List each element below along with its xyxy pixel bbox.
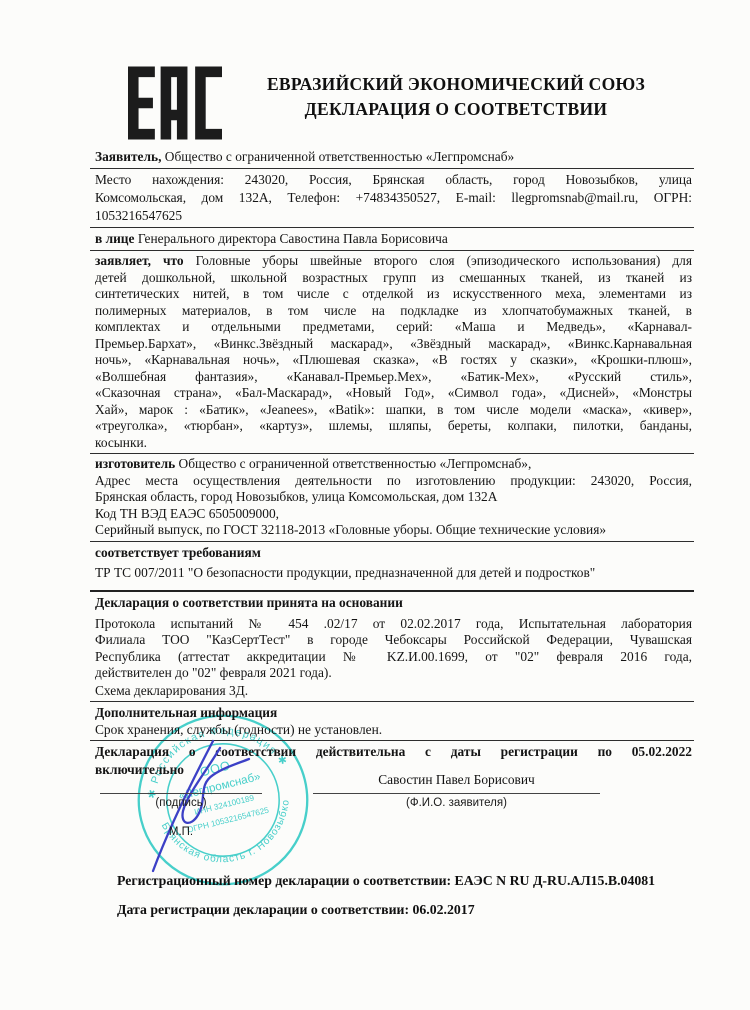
title-line-1: ЕВРАЗИЙСКИЙ ЭКОНОМИЧЕСКИЙ СОЮЗ <box>222 72 690 97</box>
text-line: Республика (аттестат аккредитации № KZ.И… <box>95 649 692 666</box>
represented-by-label: в лице <box>95 231 134 246</box>
text-line: «треуголка», «тюрбан», «картуз», шлемы, … <box>95 418 692 435</box>
text-line: Филиала ТОО "КазСертТест" в городе Чебок… <box>95 632 692 649</box>
eac-logo-icon <box>128 62 222 144</box>
declaration-scheme: Схема декларирования 3Д. <box>95 682 692 699</box>
text-line: косынки. <box>95 435 692 452</box>
text-line: детей дошкольной, школьной возрастных гр… <box>95 270 692 287</box>
applicant-value: Общество с ограниченной ответственностью… <box>161 149 514 164</box>
serial-gost: Серийный выпуск, по ГОСТ 32118-2013 «Гол… <box>95 522 692 539</box>
text-line: Хай», марок : «Батик», «Jeanees», «Batik… <box>95 402 692 419</box>
document-header: ЕВРАЗИЙСКИЙ ЭКОНОМИЧЕСКИЙ СОЮЗ ДЕКЛАРАЦИ… <box>128 62 690 144</box>
manufacturer-row: изготовитель Общество с ограниченной отв… <box>95 456 692 473</box>
additional-info-label: Дополнительная информация <box>95 704 692 721</box>
text-line: комплектах и отдельными предметами, сери… <box>95 319 692 336</box>
declarant-name-caption: (Ф.И.О. заявителя) <box>313 797 600 809</box>
tnved-code: Код ТН ВЭД ЕАЭС 6505009000, <box>95 506 692 523</box>
divider <box>90 453 694 454</box>
text-line: Место нахождения: 243020, Россия, Брянск… <box>95 171 692 189</box>
applicant-row: Заявитель, Общество с ограниченной ответ… <box>95 148 692 166</box>
represented-by-value: Генерального директора Савостина Павла Б… <box>134 231 447 246</box>
text-line: действителен до "02" февраля 2021 года). <box>95 665 692 682</box>
text-line: Протокола испытаний № 454 .02/17 от 02.0… <box>95 616 692 633</box>
applicant-address: Место нахождения: 243020, Россия, Брянск… <box>95 171 692 225</box>
manufacturer-address: Адрес места осуществления деятельности п… <box>95 473 692 506</box>
text-line: Премьер.Бархат», «Винкс.Звёздный маскара… <box>95 336 692 353</box>
declaration-document: ЕВРАЗИЙСКИЙ ЭКОНОМИЧЕСКИЙ СОЮЗ ДЕКЛАРАЦИ… <box>0 0 750 1010</box>
manufacturer-block: изготовитель Общество с ограниченной отв… <box>95 456 692 539</box>
registration-date-line: Дата регистрации декларации о соответств… <box>117 902 710 918</box>
text-line: Комсомольская, дом 132А, Телефон: +74834… <box>95 189 692 207</box>
declared-products: заявляет, что Головные уборы швейные вто… <box>95 253 692 451</box>
technical-regulation: ТР ТС 007/2011 "О безопасности продукции… <box>95 564 692 582</box>
signature-line <box>100 793 262 794</box>
document-title: ЕВРАЗИЙСКИЙ ЭКОНОМИЧЕСКИЙ СОЮЗ ДЕКЛАРАЦИ… <box>222 62 690 121</box>
text-line: «Волшебная фантазия», «Канавал-Премьер.М… <box>95 369 692 386</box>
stamp-place-mark: М.П. <box>100 826 262 838</box>
divider-thick <box>90 590 694 592</box>
applicant-label: Заявитель, <box>95 149 161 164</box>
text-line: заявляет, что Головные уборы швейные вто… <box>95 253 692 270</box>
text-line: ночь», «Карнавальная ночь», «Плюшевая ск… <box>95 352 692 369</box>
text-line: Брянская область, город Новозыбков, улиц… <box>95 489 692 506</box>
title-line-2: ДЕКЛАРАЦИЯ О СООТВЕТСТВИИ <box>222 97 690 122</box>
conformity-label: соответствует требованиям <box>95 544 692 562</box>
divider <box>90 168 694 169</box>
text-line: «Сказочная страна», «Бал-Маскарад», «Нов… <box>95 385 692 402</box>
test-protocol: Протокола испытаний № 454 .02/17 от 02.0… <box>95 616 692 682</box>
manufacturer-value: Общество с ограниченной ответственностью… <box>175 456 531 471</box>
represented-by-row: в лице Генерального директора Савостина … <box>95 230 692 248</box>
divider <box>90 701 694 702</box>
text-line: Адрес места осуществления деятельности п… <box>95 473 692 490</box>
text-line: полимерных материалов, в том числе на по… <box>95 303 692 320</box>
text-line: синтетических нитей, в том числе с отдел… <box>95 286 692 303</box>
text-line: 1053216547625 <box>95 207 692 225</box>
name-line <box>313 793 600 794</box>
basis-label: Декларация о соответствии принята на осн… <box>95 594 692 612</box>
divider <box>90 250 694 251</box>
declarant-name: Савостин Павел Борисович <box>313 772 600 788</box>
divider <box>90 541 694 542</box>
document-body: Заявитель, Общество с ограниченной ответ… <box>95 148 692 779</box>
divider <box>90 227 694 228</box>
signature-caption: (подпись) <box>100 797 262 809</box>
manufacturer-label: изготовитель <box>95 456 175 471</box>
